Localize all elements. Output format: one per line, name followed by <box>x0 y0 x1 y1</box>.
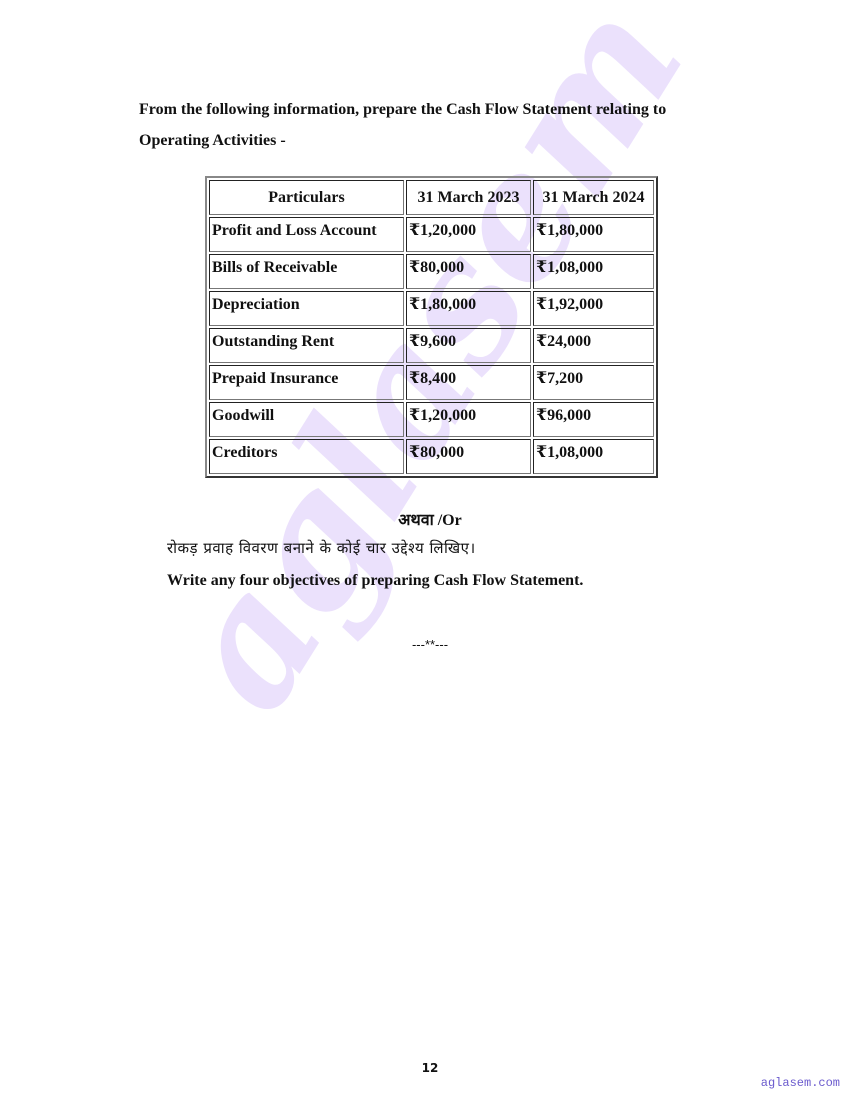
row-particular: Creditors <box>209 439 404 474</box>
row-value-2023: ₹1,20,000 <box>406 402 531 437</box>
table-row: Bills of Receivable₹80,000₹1,08,000 <box>209 254 654 289</box>
header-2023: 31 March 2023 <box>406 180 531 215</box>
table-row: Creditors₹80,000₹1,08,000 <box>209 439 654 474</box>
english-question: Write any four objectives of preparing C… <box>167 572 583 590</box>
table-header-row: Particulars 31 March 2023 31 March 2024 <box>209 180 654 215</box>
row-particular: Profit and Loss Account <box>209 217 404 252</box>
row-value-2023: ₹8,400 <box>406 365 531 400</box>
header-2024: 31 March 2024 <box>533 180 654 215</box>
row-value-2023: ₹1,80,000 <box>406 291 531 326</box>
header-particulars: Particulars <box>209 180 404 215</box>
page-number: 12 <box>0 1061 850 1075</box>
row-value-2024: ₹1,92,000 <box>533 291 654 326</box>
row-value-2024: ₹24,000 <box>533 328 654 363</box>
row-particular: Bills of Receivable <box>209 254 404 289</box>
data-table-container: Particulars 31 March 2023 31 March 2024 … <box>205 176 658 478</box>
row-value-2024: ₹1,08,000 <box>533 439 654 474</box>
row-value-2024: ₹96,000 <box>533 402 654 437</box>
row-particular: Goodwill <box>209 402 404 437</box>
table-row: Prepaid Insurance₹8,400₹7,200 <box>209 365 654 400</box>
row-particular: Prepaid Insurance <box>209 365 404 400</box>
row-value-2023: ₹80,000 <box>406 254 531 289</box>
end-mark: ---**--- <box>0 637 850 652</box>
row-value-2023: ₹80,000 <box>406 439 531 474</box>
row-value-2024: ₹1,08,000 <box>533 254 654 289</box>
row-particular: Depreciation <box>209 291 404 326</box>
question-intro: From the following information, prepare … <box>139 94 739 156</box>
table-row: Goodwill₹1,20,000₹96,000 <box>209 402 654 437</box>
row-value-2024: ₹1,80,000 <box>533 217 654 252</box>
site-link[interactable]: aglasem.com <box>761 1076 840 1090</box>
table-row: Profit and Loss Account₹1,20,000₹1,80,00… <box>209 217 654 252</box>
row-value-2023: ₹9,600 <box>406 328 531 363</box>
row-particular: Outstanding Rent <box>209 328 404 363</box>
balances-table: Particulars 31 March 2023 31 March 2024 … <box>205 176 658 478</box>
or-separator: अथवा /Or <box>0 508 850 530</box>
table-row: Outstanding Rent₹9,600₹24,000 <box>209 328 654 363</box>
row-value-2024: ₹7,200 <box>533 365 654 400</box>
hindi-question: रोकड़ प्रवाह विवरण बनाने के कोई चार उद्द… <box>167 538 476 558</box>
row-value-2023: ₹1,20,000 <box>406 217 531 252</box>
table-row: Depreciation₹1,80,000₹1,92,000 <box>209 291 654 326</box>
